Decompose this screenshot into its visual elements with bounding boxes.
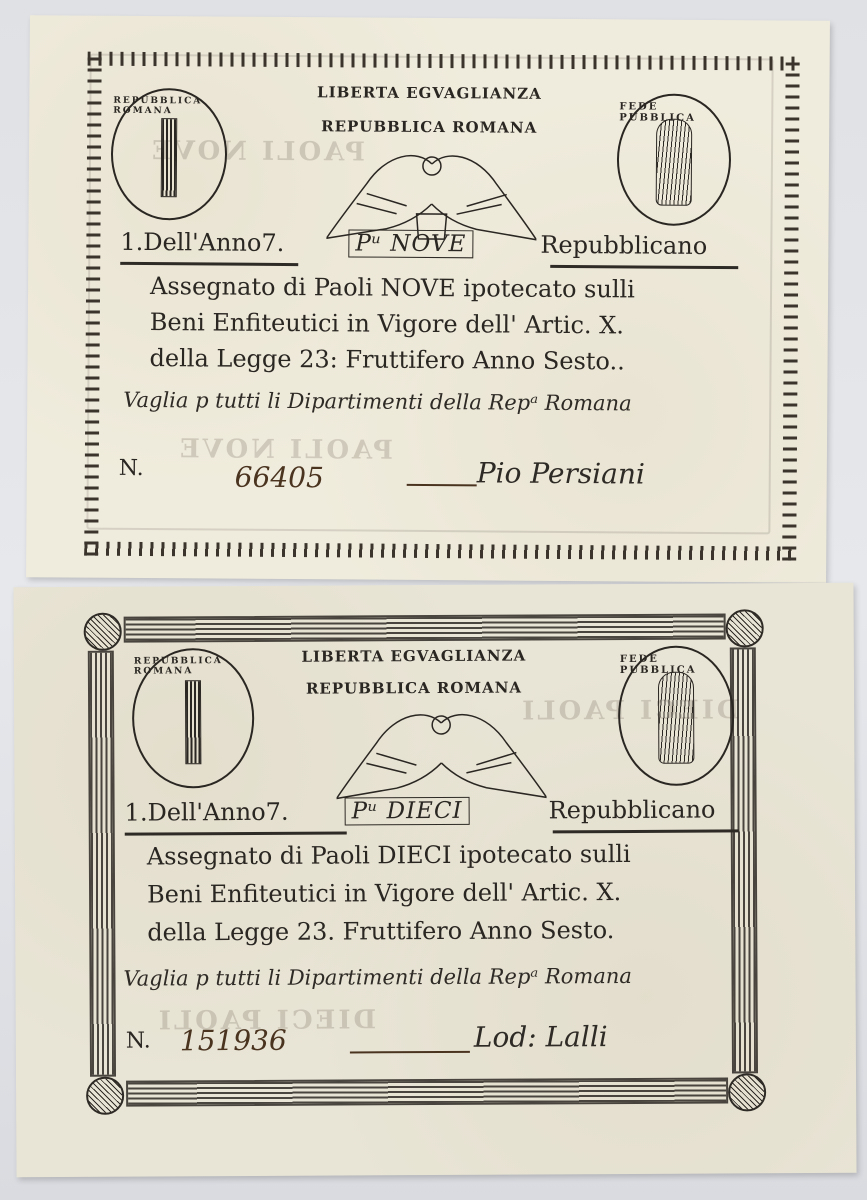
rule-right — [553, 829, 739, 833]
banknote-dieci: DIECI PAOLI DIECI PAOLI REPUBBLICA ROMAN… — [13, 583, 856, 1177]
fasces-border-left — [88, 651, 116, 1077]
corner-ball-bl — [86, 1077, 124, 1115]
rule-left — [125, 831, 347, 835]
medallion-legend: REPUBBLICA ROMANA — [134, 650, 253, 787]
serial-prefix: N. — [126, 1028, 151, 1053]
script-line: Vaglia p tutti li Dipartimenti della Rep… — [123, 964, 631, 991]
year-line-right: Repubblicano — [540, 231, 707, 260]
left-medallion: REPUBBLICA ROMANA — [111, 88, 228, 221]
body-line-1: Assegnato di Paoli DIECI ipotecato sulli — [147, 840, 631, 871]
corner-ball-br — [728, 1073, 766, 1111]
serial-number: 66405 — [235, 461, 324, 495]
year-line-left: 1.Dell'Anno7. — [125, 798, 289, 827]
serial-prefix: N. — [119, 456, 144, 481]
corner-ball-tr — [726, 609, 764, 647]
fasces-border-bottom — [126, 1077, 728, 1106]
body-line-3: della Legge 23. Fruttifero Anno Sesto. — [147, 916, 614, 946]
denomination-box: Pᵘ DIECI — [345, 797, 470, 826]
body-line-1: Assegnato di Paoli NOVE ipotecato sulli — [150, 272, 635, 303]
serial-number: 151936 — [180, 1024, 287, 1058]
body-line-3: della Legge 23: Fruttifero Anno Sesto.. — [149, 344, 624, 375]
year-line-right: Repubblicano — [549, 796, 716, 825]
body-line-2: Beni Enfiteutici in Vigore dell' Artic. … — [147, 878, 621, 908]
banknote-nove: PAOLI NOVE PAOLI NOVE REPUBBLICA ROMANA … — [26, 15, 830, 583]
script-line: Vaglia p tutti li Dipartimenti della Rep… — [123, 388, 632, 416]
signature: Pio Persiani — [477, 456, 645, 490]
body-line-2: Beni Enfiteutici in Vigore dell' Artic. … — [150, 308, 624, 339]
serial-dash — [350, 1051, 470, 1054]
fasces-border-top — [124, 613, 726, 642]
right-medallion: FEDE PUBBLICA — [618, 645, 735, 786]
left-medallion: REPUBBLICA ROMANA — [132, 648, 255, 789]
medallion-legend: REPUBBLICA ROMANA — [113, 90, 226, 219]
right-medallion: FEDE PUBBLICA — [617, 93, 732, 226]
denomination-box: Pᵘ NOVE — [348, 229, 473, 258]
year-line-left: 1.Dell'Anno7. — [120, 228, 284, 257]
eagle-icon — [336, 702, 547, 803]
signature: Lod: Lalli — [474, 1020, 608, 1054]
corner-ball-tl — [84, 613, 122, 651]
medallion-legend: FEDE PUBBLICA — [620, 647, 733, 784]
medallion-legend: FEDE PUBBLICA — [619, 95, 730, 224]
